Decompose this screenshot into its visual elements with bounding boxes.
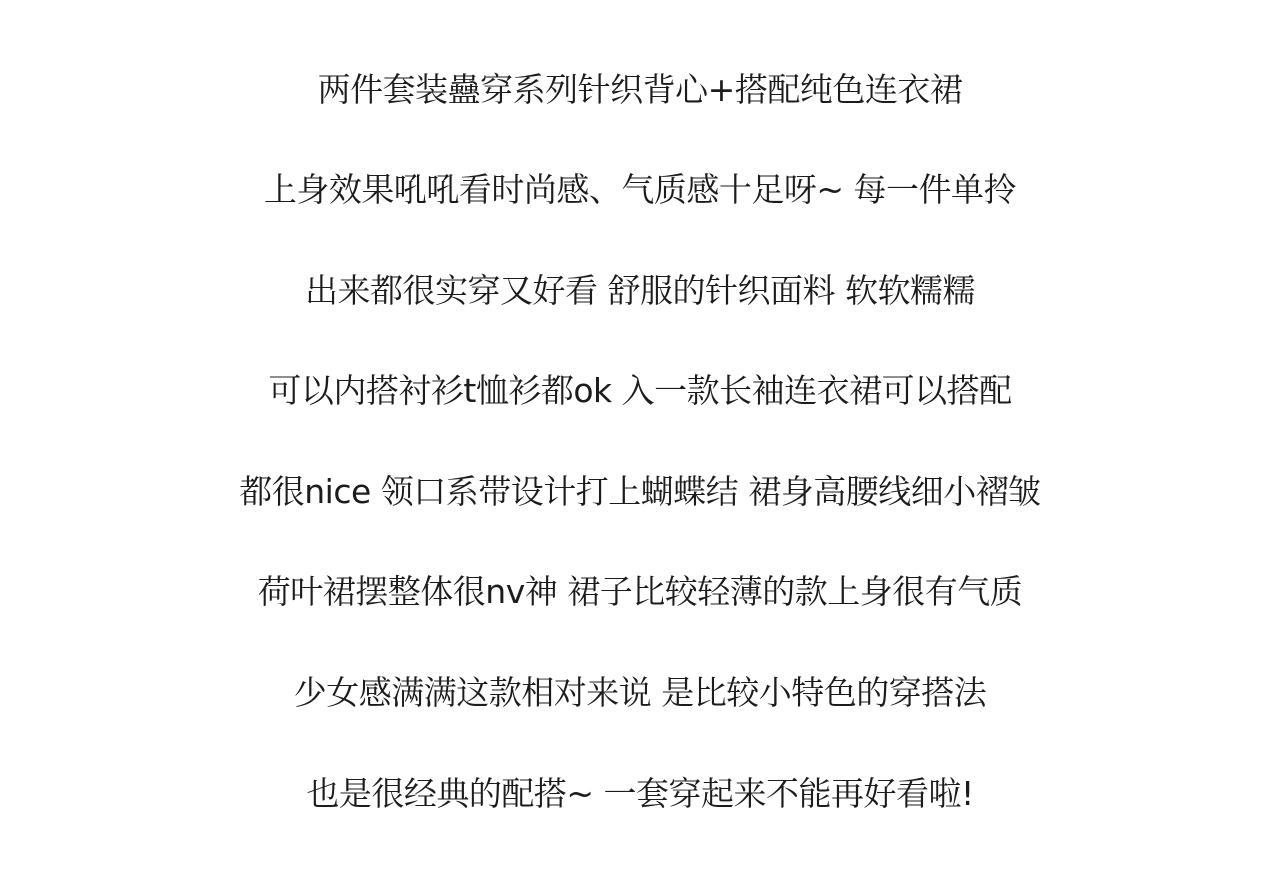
product-description: 两件套装蠱穿系列针织背心+搭配纯色连衣裙 上身效果吼吼看时尚感、气质感十足呀~ … — [0, 0, 1280, 883]
description-line-5: 都很nice 领口系带设计打上蝴蝶结 裙身高腰线细小褶皱 — [0, 472, 1280, 512]
description-line-2: 上身效果吼吼看时尚感、气质感十足呀~ 每一件单拎 — [0, 170, 1280, 210]
description-line-7: 少女感满满这款相对来说 是比较小特色的穿搭法 — [0, 673, 1280, 713]
description-line-1: 两件套装蠱穿系列针织背心+搭配纯色连衣裙 — [0, 70, 1280, 110]
description-line-6: 荷叶裙摆整体很nv神 裙子比较轻薄的款上身很有气质 — [0, 572, 1280, 612]
description-line-8: 也是很经典的配搭~ 一套穿起来不能再好看啦! — [0, 774, 1280, 814]
description-line-3: 出来都很实穿又好看 舒服的针织面料 软软糯糯 — [0, 271, 1280, 311]
description-line-4: 可以内搭衬衫t恤衫都ok 入一款长袖连衣裙可以搭配 — [0, 371, 1280, 411]
